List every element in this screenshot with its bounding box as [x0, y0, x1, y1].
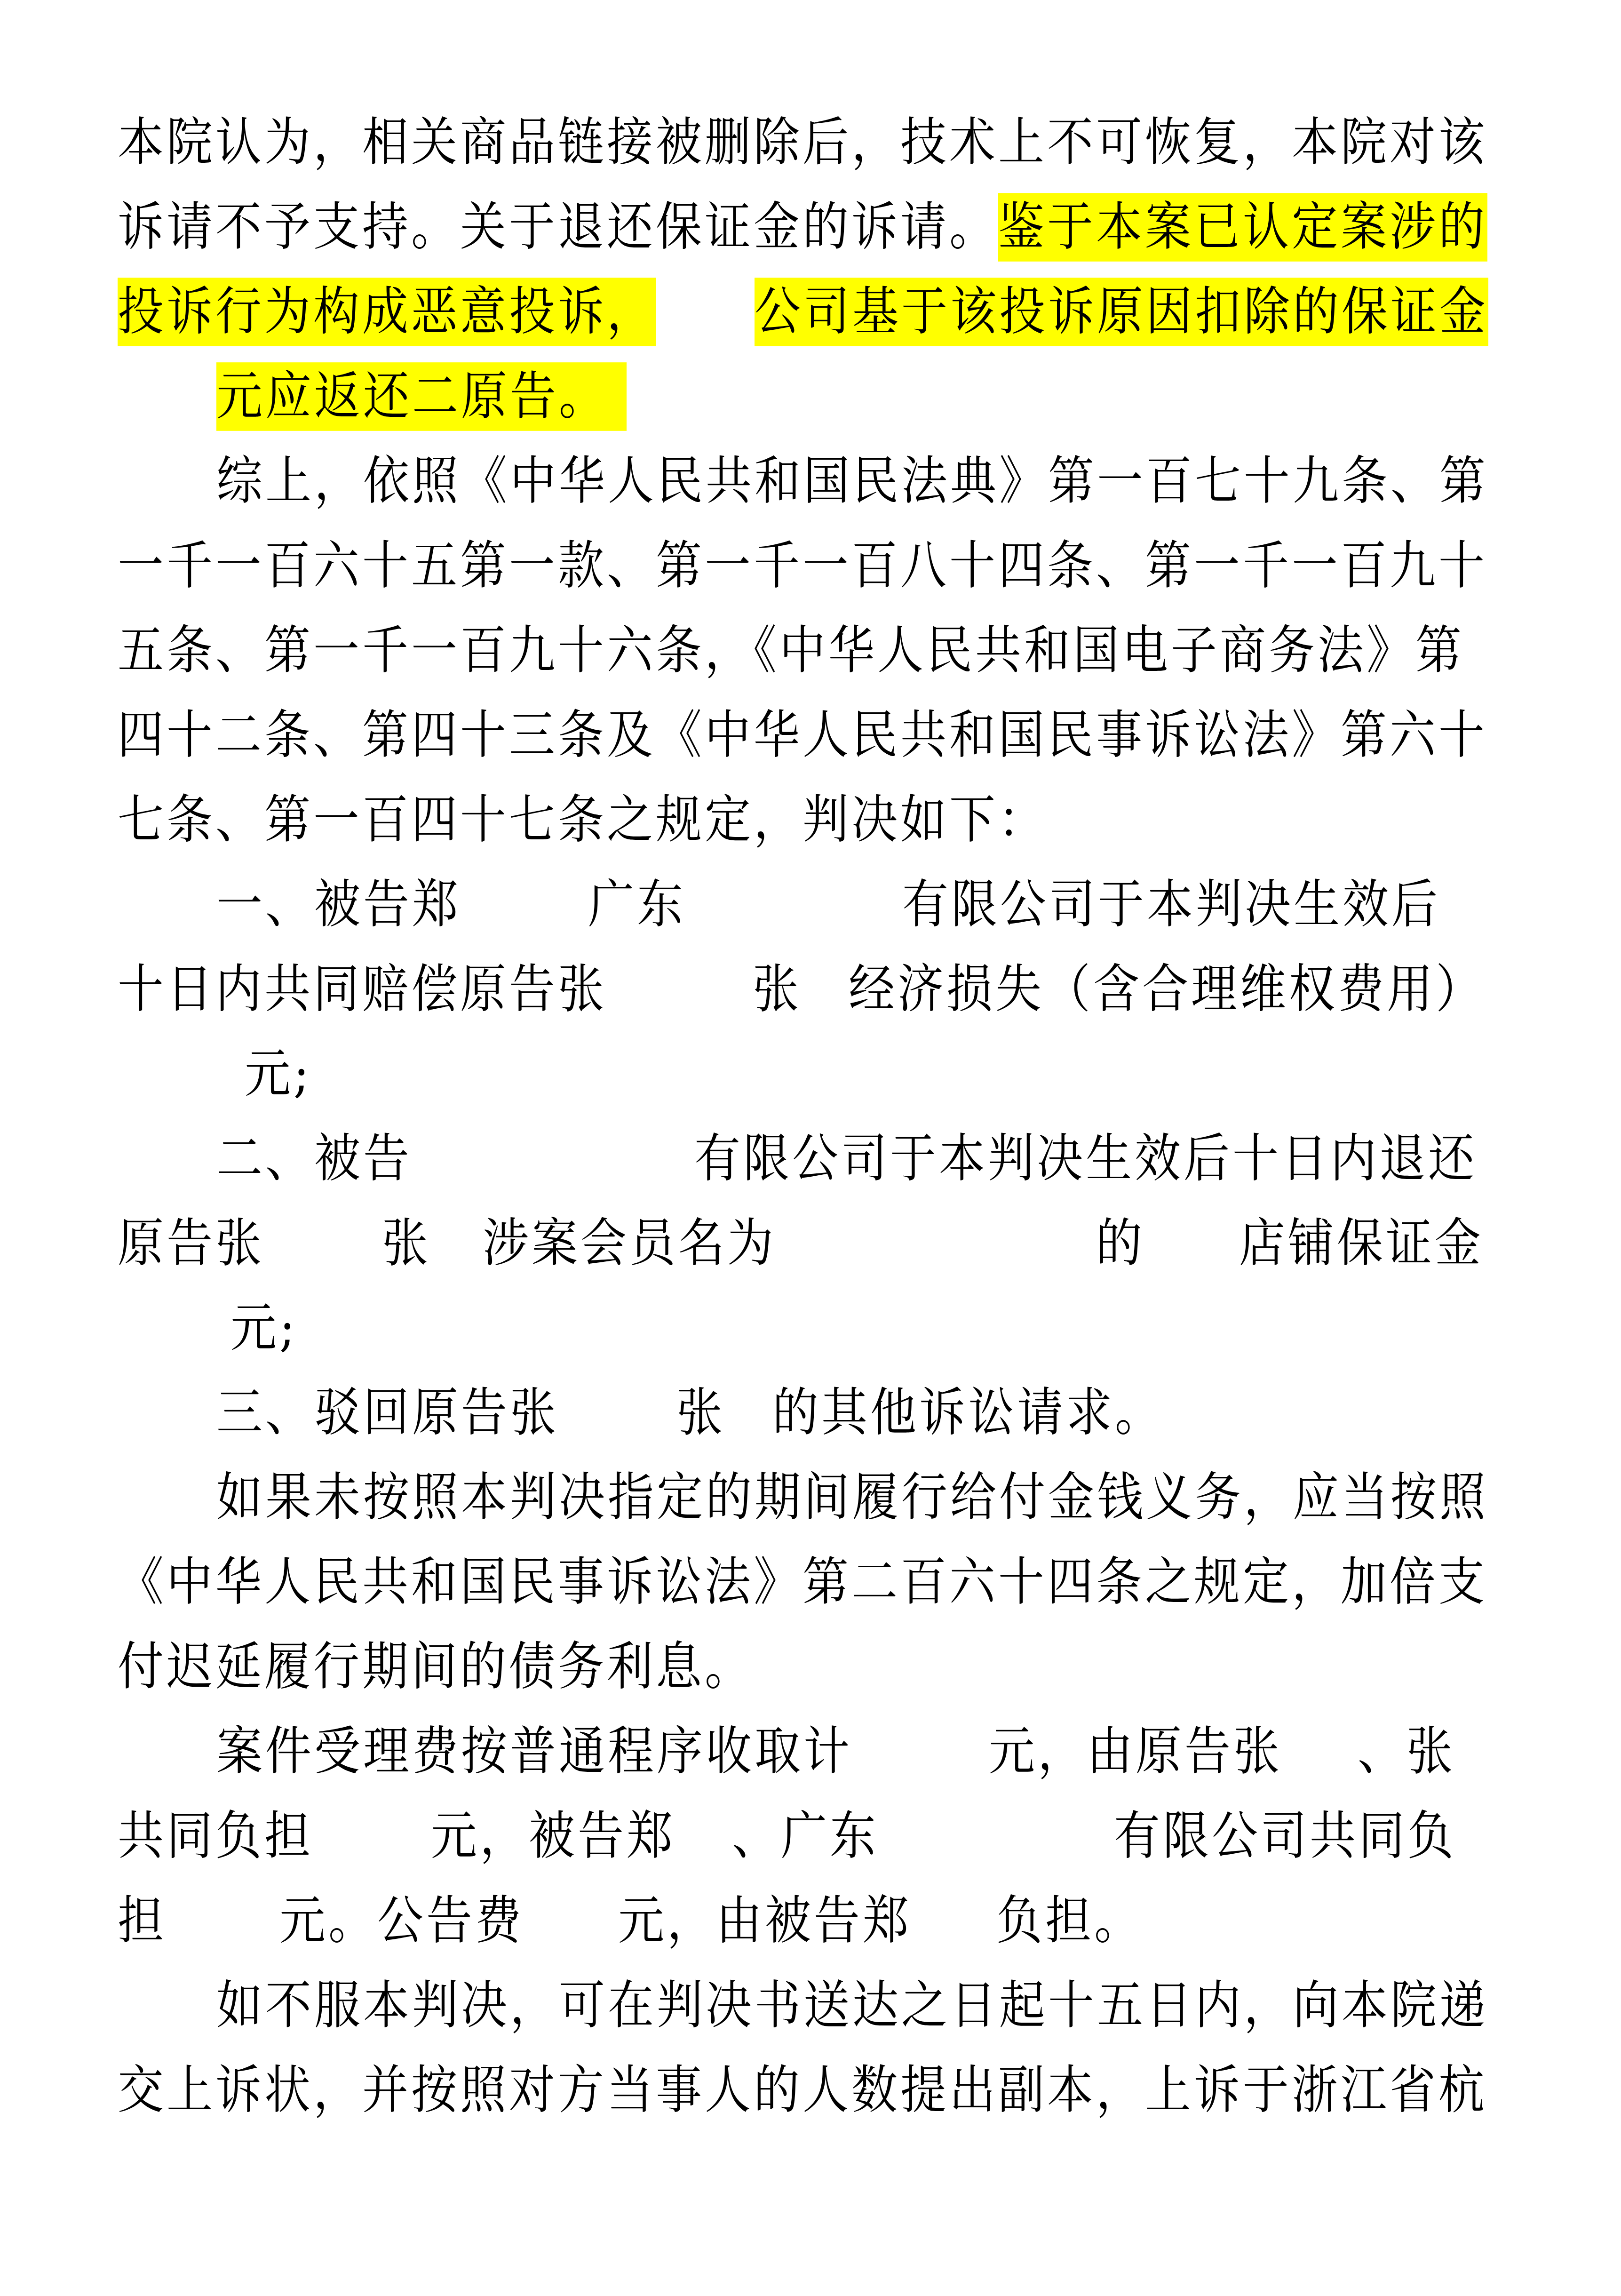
text-line: 如不服本判决，可在判决书送达之日起十五日内，向本院递 — [216, 1971, 1534, 2040]
text-segment: 涉案会员名为 — [483, 1209, 776, 1278]
text-line: 诉请不予支持。关于退还保证金的诉请。鉴于本案已认定案涉的 — [118, 193, 1534, 262]
text-segment: 综上，依照《中华人民共和国民法典》第一百七十九条、第 — [216, 447, 1488, 516]
redaction-gap — [412, 1176, 694, 1176]
text-line: 五条、第一千一百九十六条，《中华人民共和国电子商务法》第 — [118, 616, 1534, 685]
text-line: 投诉行为构成恶意投诉，公司基于该投诉原因扣除的保证金 — [118, 278, 1534, 346]
redaction-gap — [461, 922, 588, 922]
text-segment: 担 — [118, 1887, 167, 1955]
text-line: 原告张张涉案会员名为的店铺保证金 — [118, 1209, 1534, 1278]
text-segment: 四十二条、第四十三条及《中华人民共和国民事诉讼法》第六十 — [118, 701, 1487, 770]
text-segment: 有限公司于本判决生效后十日内退还 — [694, 1124, 1477, 1193]
text-segment: 如果未按照本判决指定的期间履行给付金钱义务，应当按照 — [216, 1463, 1488, 1532]
redaction-gap — [559, 1430, 676, 1430]
text-segment: 交上诉状，并按照对方当事人的人数提出副本，上诉于浙江省杭 — [118, 2056, 1487, 2125]
text-segment: 五条、第一千一百九十六条，《中华人民共和国电子商务法》第 — [118, 616, 1464, 685]
text-segment: 十日内共同赔偿原告张 — [118, 955, 607, 1024]
text-line: 本院认为，相关商品链接被删除后，技术上不可恢复，本院对该 — [118, 108, 1534, 177]
redaction-gap — [725, 1430, 772, 1430]
text-line: 七条、第一百四十七条之规定，判决如下： — [118, 786, 1534, 854]
redaction-gap — [686, 922, 902, 922]
redaction-gap — [431, 1260, 483, 1261]
text-segment: 的其他诉讼请求。 — [772, 1379, 1164, 1447]
text-segment: 、广东 — [732, 1802, 879, 1871]
redaction-gap — [264, 1260, 382, 1261]
document-page: 本院认为，相关商品链接被删除后，技术上不可恢复，本院对该 诉请不予支持。关于退还… — [0, 0, 1621, 2296]
text-segment: 如不服本判决，可在判决书送达之日起十五日内，向本院递 — [216, 1971, 1488, 2040]
redaction-gap — [188, 414, 216, 414]
text-segment: 元，被告郑 — [431, 1802, 675, 1871]
text-segment: 原告张 — [118, 1209, 264, 1278]
text-segment: 有限公司共同负 — [1114, 1802, 1456, 1871]
text-line: 四十二条、第四十三条及《中华人民共和国民事诉讼法》第六十 — [118, 701, 1534, 770]
text-line: 二、被告有限公司于本判决生效后十日内退还 — [216, 1124, 1534, 1193]
text-line: 案件受理费按普通程序收取计元，由原告张、张 — [216, 1717, 1534, 1786]
redaction-gap — [852, 1769, 989, 1769]
text-segment: 张 — [676, 1379, 725, 1447]
text-segment: 广东 — [588, 870, 686, 939]
text-segment: 一千一百六十五第一款、第一千一百八十四条、第一千一百九十 — [118, 532, 1487, 600]
text-segment: 、张 — [1358, 1717, 1455, 1786]
text-segment: 案件受理费按普通程序收取计 — [216, 1717, 852, 1786]
text-segment: 《中华人民共和国民事诉讼法》第二百六十四条之规定，加倍支 — [118, 1548, 1487, 1617]
redaction-gap — [879, 1853, 1114, 1854]
text-segment: 元; — [230, 1294, 298, 1363]
highlighted-text: 元应返还二原告。 — [216, 362, 627, 431]
text-line: 如果未按照本判决指定的期间履行给付金钱义务，应当按照 — [216, 1463, 1534, 1532]
redaction-gap — [1145, 1260, 1239, 1261]
text-segment: 元，由被告郑 — [618, 1887, 912, 1955]
text-segment: 负担。 — [996, 1887, 1143, 1955]
highlighted-text: 公司基于该投诉原因扣除的保证金 — [755, 278, 1488, 346]
text-line: 共同负担元，被告郑、广东有限公司共同负 — [118, 1802, 1534, 1871]
text-line: 元应返还二原告。 — [188, 362, 1604, 431]
redaction-gap — [912, 1938, 996, 1938]
redaction-gap — [776, 1260, 1096, 1261]
text-segment: 二、被告 — [216, 1124, 412, 1193]
text-segment: 元。公告费 — [279, 1887, 524, 1955]
text-line: 《中华人民共和国民事诉讼法》第二百六十四条之规定，加倍支 — [118, 1548, 1534, 1617]
text-segment: 付迟延履行期间的债务利息。 — [118, 1633, 754, 1701]
text-line: 元; — [245, 1040, 527, 1108]
text-segment: 有限公司于本判决生效后 — [902, 870, 1440, 939]
text-line: 元; — [118, 1294, 494, 1363]
text-segment: 元; — [245, 1040, 312, 1108]
text-segment: 元，由原告张 — [989, 1717, 1282, 1786]
redaction-gap — [675, 1853, 732, 1854]
text-segment: 一、被告郑 — [216, 870, 461, 939]
text-line: 十日内共同赔偿原告张张经济损失（含合理维权费用） — [118, 955, 1534, 1024]
text-line: 三、驳回原告张张的其他诉讼请求。 — [216, 1379, 1534, 1447]
text-segment: 本院认为，相关商品链接被删除后，技术上不可恢复，本院对该 — [118, 108, 1487, 177]
text-line: 综上，依照《中华人民共和国民法典》第一百七十九条、第 — [216, 447, 1534, 516]
text-line: 一千一百六十五第一款、第一千一百八十四条、第一千一百九十 — [118, 532, 1534, 600]
redaction-gap — [167, 1938, 279, 1938]
redaction-gap — [802, 1006, 849, 1007]
text-line: 一、被告郑广东有限公司于本判决生效后 — [216, 870, 1534, 939]
text-line: 担元。公告费元，由被告郑负担。 — [118, 1887, 1534, 1955]
text-segment: 经济损失（含合理维权费用） — [849, 955, 1485, 1024]
redaction-gap — [607, 1006, 753, 1007]
highlighted-text: 投诉行为构成恶意投诉， — [118, 278, 656, 346]
text-segment: 店铺保证金 — [1239, 1209, 1484, 1278]
highlighted-text: 鉴于本案已认定案涉的 — [998, 193, 1487, 262]
text-segment: 张 — [753, 955, 802, 1024]
redaction-gap — [524, 1938, 618, 1938]
text-segment: 三、驳回原告张 — [216, 1379, 559, 1447]
text-segment: 诉请不予支持。关于退还保证金的诉请。 — [118, 193, 998, 262]
redaction-gap — [656, 289, 755, 342]
text-line: 付迟延履行期间的债务利息。 — [118, 1633, 1534, 1701]
text-segment: 共同负担 — [118, 1802, 313, 1871]
text-line: 交上诉状，并按照对方当事人的人数提出副本，上诉于浙江省杭 — [118, 2056, 1534, 2125]
text-segment: 张 — [382, 1209, 431, 1278]
redaction-gap — [118, 1345, 230, 1346]
redaction-gap — [313, 1853, 431, 1854]
text-segment: 七条、第一百四十七条之规定，判决如下： — [118, 786, 1047, 854]
text-segment: 的 — [1096, 1209, 1145, 1278]
redaction-gap — [1282, 1769, 1358, 1769]
